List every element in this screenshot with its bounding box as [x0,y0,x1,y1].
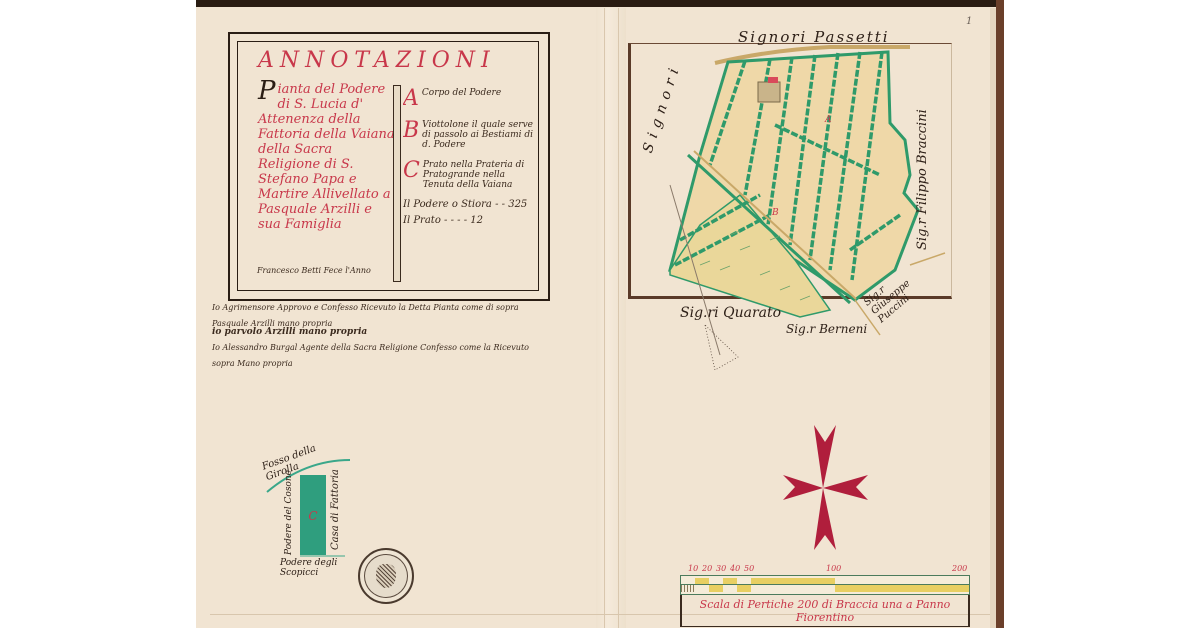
certification-line: Io Agrimensore Approvo e Confesso Ricevu… [212,300,607,316]
measure-prato: Il Prato ‑ ‑ ‑ ‑ 12 [403,216,538,226]
maltese-cross-compass-icon [780,420,875,555]
svg-text:A: A [824,115,832,125]
annotations-description: P ianta del Podere di S. Lucia d' Attene… [258,82,398,232]
annotations-title: ANNOTAZIONI [258,48,496,73]
wax-seal-stamp [358,548,414,604]
fold-line [618,8,619,628]
description-text: ianta del Podere di S. Lucia d' Attenenz… [258,82,395,232]
label-berneni: Sig.r Berneni [786,322,867,336]
legend-item-b: B Viottolone il quale serve di passolo a… [403,120,538,150]
legend-item-a: A Corpo del Podere [403,88,538,110]
scale-ticks: 10 20 30 40 50 100 200 [680,565,970,575]
certification-line: Io Alessandro Burgal Agente della Sacra … [212,340,607,356]
label-passetti: Signori Passetti [738,28,890,46]
svg-text:C: C [308,509,317,523]
folio-number: 1 [966,16,972,27]
label-podere-scopicci: Podere degli Scopicci [280,558,340,578]
annotations-legend: A Corpo del Podere B Viottolone il quale… [403,88,538,226]
certification-line: sopra Mano propria [212,356,607,372]
label-quarato: Sig.ri Quarato [680,305,781,321]
coat-of-arms-icon [376,564,396,588]
svg-text:B: B [771,208,779,218]
measure-podere: Il Podere o Stiora ‑ ‑ 325 [403,200,538,210]
label-podere-cosone: Podere del Cosone [284,470,294,555]
scale-graduations [680,575,970,595]
drop-cap: P [258,82,276,100]
label-casa-fattoria: Casa di Fattoria [330,469,341,550]
annotations-divider-bar [393,85,401,282]
binding-spine [996,0,1004,628]
certification-line: io parvolo Arzilli mano propria [212,324,607,340]
scale-bar: 10 20 30 40 50 100 200 Scala di Pertiche… [680,565,970,627]
surveyor-signature: Francesco Betti Fece l'Anno [257,266,371,275]
certification-text: Io Agrimensore Approvo e Confesso Ricevu… [212,300,607,372]
scale-caption: Scala di Pertiche 200 di Braccia una a P… [680,595,970,627]
binding-top-edge [196,0,1002,7]
label-braccini: Sig.r Filippo Braccini [915,109,930,250]
legend-item-c: C Prato nella Prateria di Pratogrande ne… [403,160,538,190]
